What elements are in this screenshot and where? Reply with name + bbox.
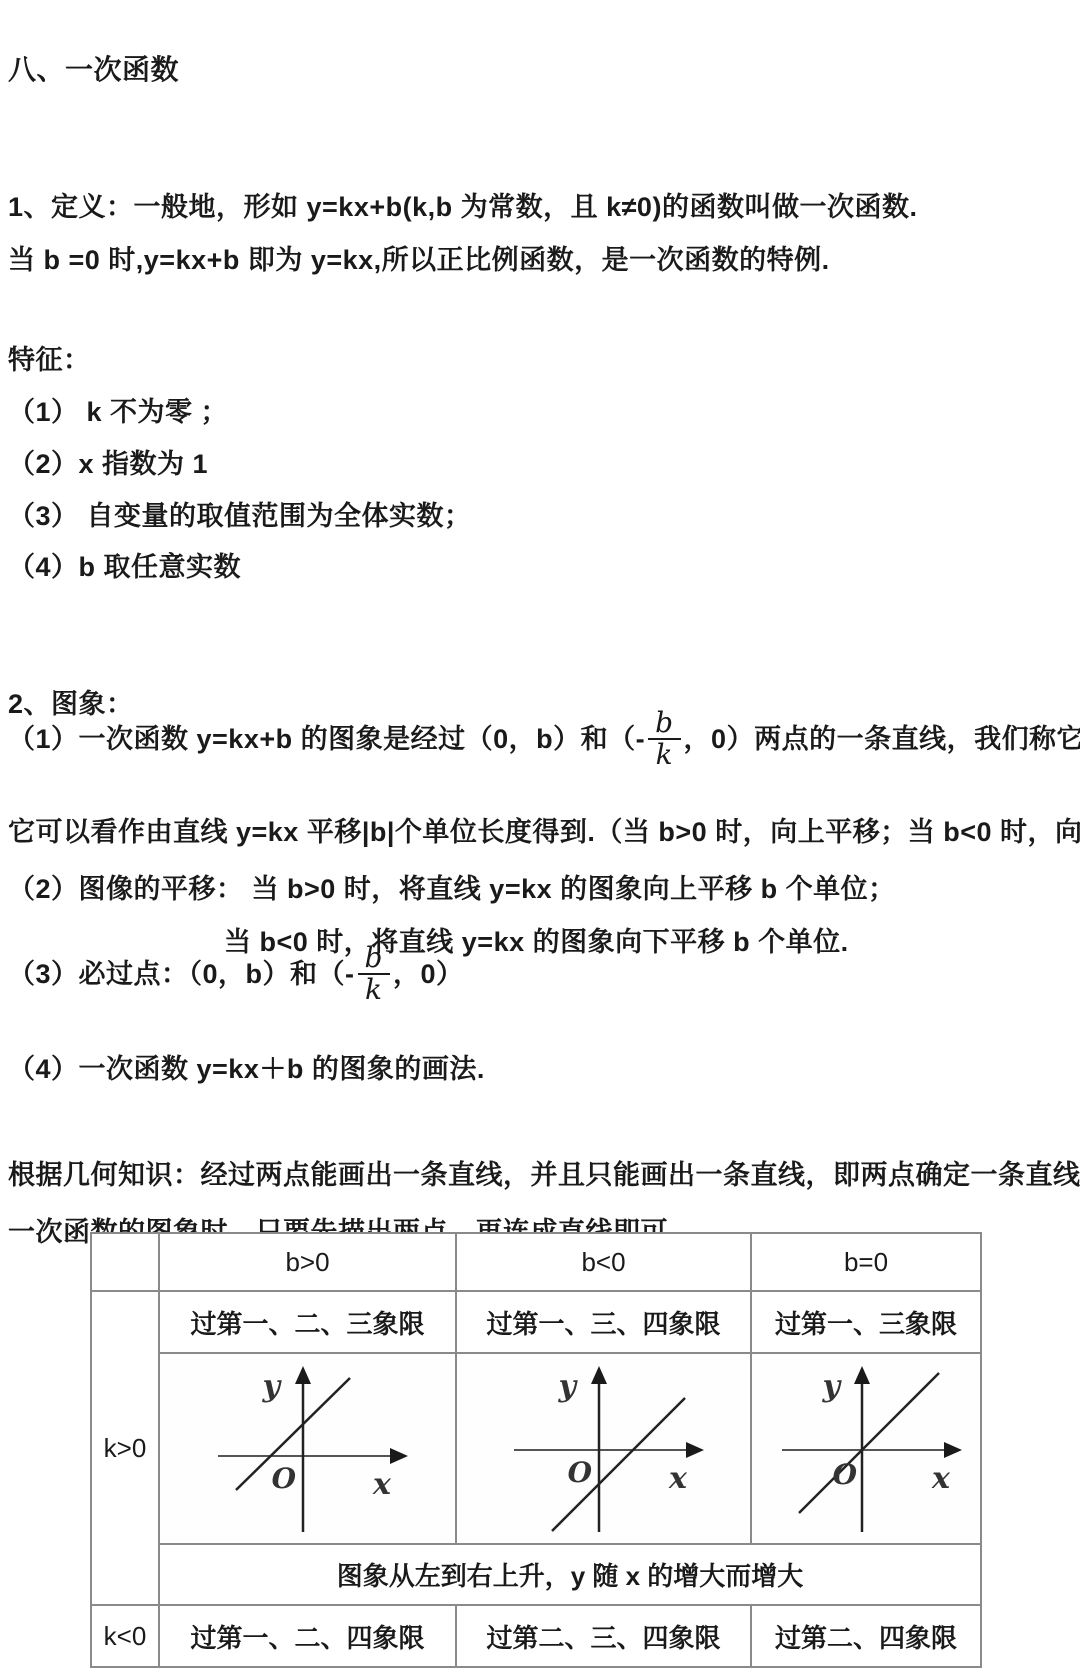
y-axis-label: y [822, 1369, 843, 1404]
graph-row: y x O y x O [91, 1353, 981, 1544]
feature-item-3: （3） 自变量的取值范围为全体实数； [8, 501, 472, 531]
mini-graph-k-pos-b-zero: y x O [754, 1354, 978, 1536]
fraction-numerator: b [358, 944, 390, 975]
table-header-row: b>0 b<0 b=0 [91, 1233, 981, 1291]
graph-intercepts-pre: （1）一次函数 y=kx+b 的图象是经过（0，b）和（- [8, 724, 645, 754]
graph-intercepts-line: （1）一次函数 y=kx+b 的图象是经过（0，b）和（- b k ，0）两点的… [8, 702, 1080, 776]
x-axis-label: x [668, 1461, 688, 1496]
quadrant-cell-kneg-bpos: 过第一、二、四象限 [159, 1605, 456, 1667]
y-axis-label: y [261, 1369, 282, 1404]
col-header-b-negative: b<0 [456, 1233, 751, 1291]
origin-label: O [271, 1462, 296, 1495]
quadrant-cell-kpos-bpos: 过第一、二、三象限 [159, 1291, 456, 1353]
fraction-b-over-k: b k [358, 944, 390, 1004]
fraction-denominator: k [656, 740, 673, 769]
fraction-b-over-k: b k [648, 709, 680, 769]
quadrant-cell-kneg-bzero: 过第二、四象限 [751, 1605, 981, 1667]
quadrant-cell-kpos-bneg: 过第一、三、四象限 [456, 1291, 751, 1353]
page-title: 八、一次函数 [8, 55, 179, 85]
y-axis-label: y [557, 1369, 578, 1404]
col-header-b-zero: b=0 [751, 1233, 981, 1291]
feature-item-1: （1） k 不为零 ； [8, 397, 228, 427]
geometry-knowledge-line-1: 根据几何知识：经过两点能画出一条直线，并且只能画出一条直线，即两点确定一条直线，… [8, 1160, 1080, 1190]
quadrant-cell-kpos-bzero: 过第一、三象限 [751, 1291, 981, 1353]
x-axis-label: x [372, 1467, 392, 1502]
feature-item-2: （2）x 指数为 1 [8, 449, 208, 479]
y-axis-arrow [591, 1366, 607, 1384]
mini-graph-k-pos-b-pos: y x O [168, 1354, 448, 1536]
features-title: 特征： [8, 345, 91, 375]
must-pass-points-post: ，0） [393, 959, 464, 989]
feature-item-4: （4）b 取任意实数 [8, 552, 241, 582]
definition-line-1: 1、定义：一般地，形如 y=kx+b(k,b 为常数，且 k≠0)的函数叫做一次… [8, 192, 917, 222]
row-label-k-negative: k<0 [91, 1605, 159, 1667]
row-label-k-positive: k>0 [91, 1291, 159, 1605]
document-page: 八、一次函数 1、定义：一般地，形如 y=kx+b(k,b 为常数，且 k≠0)… [0, 0, 1080, 1668]
must-pass-points-line: （3）必过点：（0，b）和（- b k ，0） [8, 940, 463, 1008]
y-axis-arrow [295, 1366, 311, 1384]
quadrant-cell-kneg-bneg: 过第二、三、四象限 [456, 1605, 751, 1667]
x-axis-arrow [390, 1448, 408, 1464]
must-pass-points-pre: （3）必过点：（0，b）和（- [8, 959, 355, 989]
k-positive-summary-row: 图象从左到右上升，y 随 x 的增大而增大 [91, 1544, 981, 1605]
k-positive-quadrant-row: k>0 过第一、二、三象限 过第一、三、四象限 过第一、三象限 [91, 1291, 981, 1353]
graph-translation-note: 它可以看作由直线 y=kx 平移|b|个单位长度得到.（当 b>0 时，向上平移… [8, 817, 1080, 847]
origin-label: O [833, 1458, 858, 1491]
graph-cell-b-zero: y x O [751, 1353, 981, 1544]
col-header-b-positive: b>0 [159, 1233, 456, 1291]
x-axis-arrow [686, 1442, 704, 1458]
drawing-method-line: （4）一次函数 y=kx＋b 的图象的画法. [8, 1054, 485, 1084]
k-negative-quadrant-row: k<0 过第一、二、四象限 过第二、三、四象限 过第二、四象限 [91, 1605, 981, 1667]
function-line [799, 1373, 939, 1513]
mini-graph-k-pos-b-neg: y x O [464, 1354, 744, 1536]
fraction-denominator: k [365, 975, 382, 1004]
x-axis-arrow [944, 1442, 962, 1458]
definition-line-2: 当 b =0 时,y=kx+b 即为 y=kx,所以正比例函数，是一次函数的特例… [8, 245, 830, 275]
graph-cell-b-negative: y x O [456, 1353, 751, 1544]
k-positive-summary-cell: 图象从左到右上升，y 随 x 的增大而增大 [159, 1544, 981, 1605]
origin-label: O [567, 1456, 592, 1489]
graph-cell-b-positive: y x O [159, 1353, 456, 1544]
fraction-numerator: b [648, 709, 680, 740]
y-axis-arrow [854, 1366, 870, 1384]
graph-intercepts-post: ，0）两点的一条直线，我们称它为直线 y=kx+b, [684, 724, 1080, 754]
table-corner-cell [91, 1233, 159, 1291]
x-axis-label: x [931, 1461, 951, 1496]
shift-rule-up: （2）图像的平移： 当 b>0 时，将直线 y=kx 的图象向上平移 b 个单位… [8, 874, 896, 904]
quadrant-summary-table: b>0 b<0 b=0 k>0 过第一、二、三象限 过第一、三、四象限 过第一、… [90, 1232, 982, 1668]
